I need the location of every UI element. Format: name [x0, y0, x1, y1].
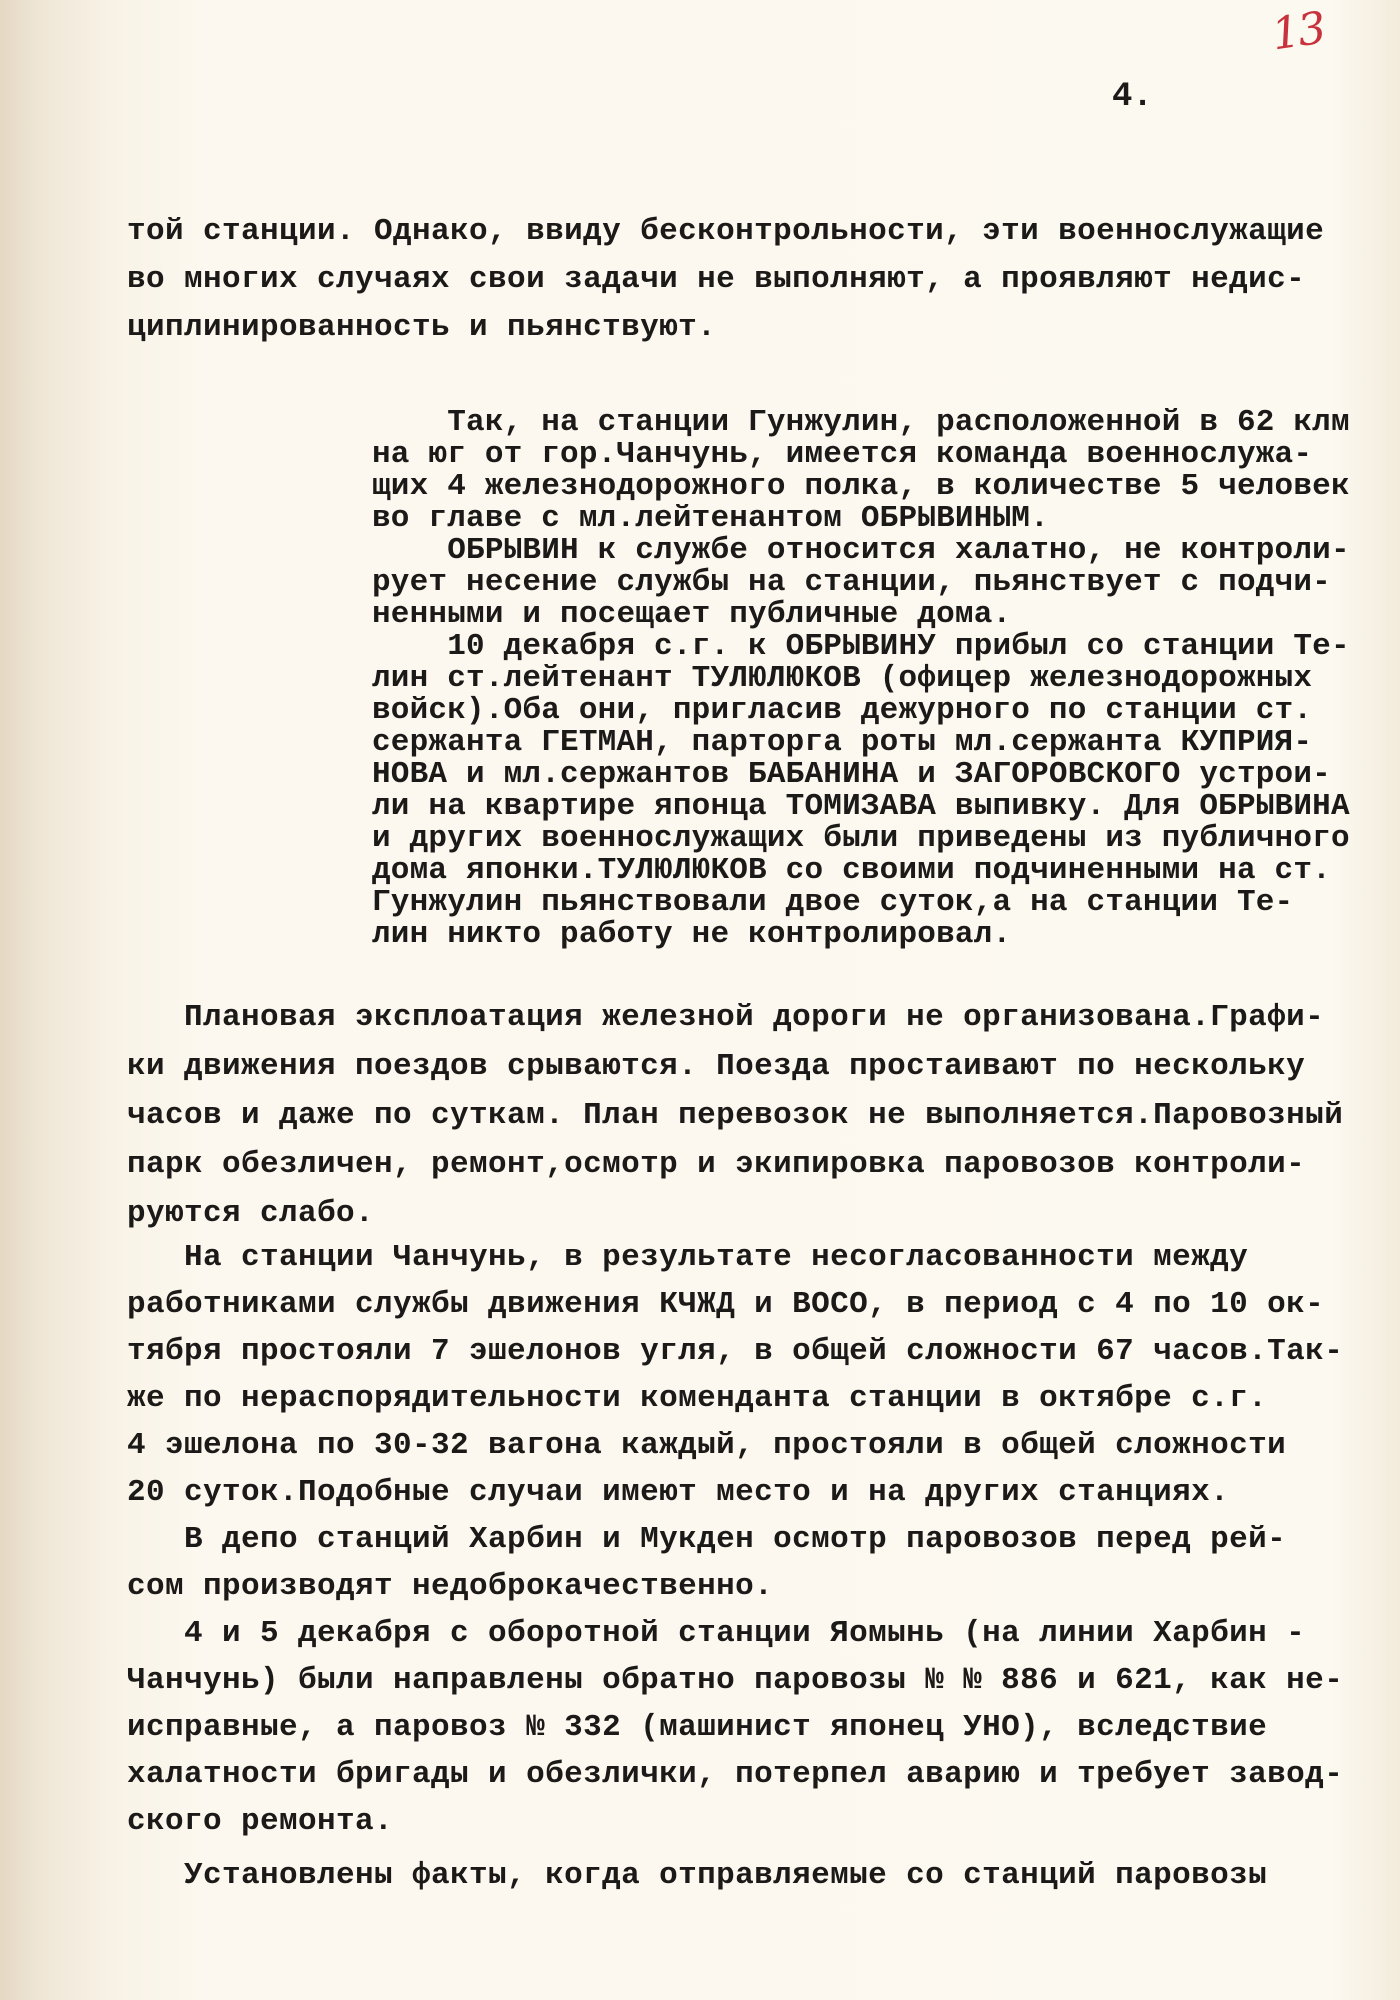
text-line: во многих случаях свои задачи не выполня… [127, 262, 1305, 297]
text-line: парк обезличен, ремонт,осмотр и экипиров… [127, 1147, 1305, 1182]
text-line: щих 4 железнодорожного полка, в количест… [372, 469, 1350, 504]
text-line: В депо станций Харбин и Мукден осмотр па… [127, 1522, 1286, 1557]
text-line: часов и даже по суткам. План перевозок н… [127, 1098, 1343, 1133]
text-line: лин ст.лейтенант ТУЛЮЛЮКОВ (офицер желез… [372, 661, 1312, 696]
text-line: тября простояли 7 эшелонов угля, в общей… [127, 1334, 1343, 1369]
text-line: исправные, а паровоз № 332 (машинист япо… [127, 1710, 1267, 1745]
text-line: же по нераспорядительности коменданта ст… [127, 1381, 1267, 1416]
text-line: лин никто работу не контролировал. [372, 917, 1011, 952]
text-line: ли на квартире японца ТОМИЗАВА выпивку. … [372, 789, 1350, 824]
text-line: ки движения поездов срываются. Поезда пр… [127, 1049, 1305, 1084]
document-page: 13 4. той станции. Однако, ввиду бесконт… [0, 0, 1400, 2000]
text-line: 4 и 5 декабря с оборотной станции Яомынь… [127, 1616, 1305, 1651]
text-line: рует несение службы на станции, пьянству… [372, 565, 1331, 600]
text-line: дома японки.ТУЛЮЛЮКОВ со своими подчинен… [372, 853, 1331, 888]
text-line: Гунжулин пьянствовали двое суток,а на ст… [372, 885, 1293, 920]
text-line: халатности бригады и обезлички, потерпел… [127, 1757, 1343, 1792]
text-line: ОБРЫВИН к службе относится халатно, не к… [372, 533, 1350, 568]
text-line: работниками службы движения КЧЖД и ВОСО,… [127, 1287, 1324, 1322]
text-line: Так, на станции Гунжулин, расположенной … [372, 405, 1350, 440]
text-line: ненными и посещает публичные дома. [372, 597, 1011, 632]
text-line: 20 суток.Подобные случаи имеют место и н… [127, 1475, 1229, 1510]
text-line: ского ремонта. [127, 1804, 393, 1839]
text-line: на юг от гор.Чанчунь, имеется команда во… [372, 437, 1312, 472]
text-line: На станции Чанчунь, в результате несогла… [127, 1240, 1248, 1275]
text-line: 10 декабря с.г. к ОБРЫВИНУ прибыл со ста… [372, 629, 1350, 664]
text-line: Установлены факты, когда отправляемые со… [127, 1858, 1267, 1893]
text-line: руются слабо. [127, 1196, 374, 1231]
text-line: НОВА и мл.сержантов БАБАНИНА и ЗАГОРОВСК… [372, 757, 1331, 792]
text-line: Плановая эксплоатация железной дороги не… [127, 1000, 1324, 1035]
text-line: сом производят недоброкачественно. [127, 1569, 773, 1604]
text-line: во главе с мл.лейтенантом ОБРЫВИНЫМ. [372, 501, 1049, 536]
text-line: Чанчунь) были направлены обратно паровоз… [127, 1663, 1343, 1698]
text-line: 4 эшелона по 30-32 вагона каждый, просто… [127, 1428, 1286, 1463]
text-line: войск).Оба они, пригласив дежурного по с… [372, 693, 1312, 728]
text-line: циплинированность и пьянствуют. [127, 310, 716, 345]
text-line: той станции. Однако, ввиду бесконтрольно… [127, 214, 1324, 249]
text-line: и других военнослужащих были приведены и… [372, 821, 1350, 856]
archive-folio-number: 13 [1269, 3, 1328, 61]
page-number: 4. [1112, 78, 1153, 116]
text-line: сержанта ГЕТМАН, парторга роты мл.сержан… [372, 725, 1312, 760]
